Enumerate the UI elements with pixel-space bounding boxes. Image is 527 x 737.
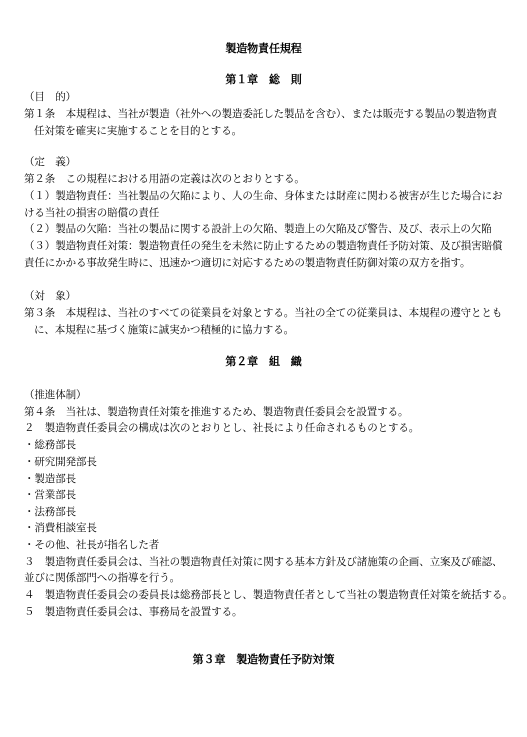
article-4-line-1: 第４条 当社は、製造物責任対策を推進するため、製造物責任委員会を設置する。 xyxy=(24,405,408,419)
article-1-line-2: 任対策を確実に実施することを目的とする。 xyxy=(34,124,242,138)
article-1-caption: （目 的） xyxy=(24,90,76,104)
member-list-item: ・その他、社長が指名した者 xyxy=(24,538,159,552)
article-4-caption: （推進体制） xyxy=(24,388,86,402)
chapter-1-heading: 第１章 総 則 xyxy=(0,73,527,87)
document-page: 製造物責任規程 第１章 総 則 （目 的） 第１条 本規程は、当社が製造（社外へ… xyxy=(0,0,527,737)
article-2-caption: （定 義） xyxy=(24,155,76,169)
chapter-2-heading: 第２章 組 織 xyxy=(0,355,527,369)
article-4-line-4: 並びに関係部門への指導を行う。 xyxy=(24,571,180,585)
member-list-item: ・研究開発部長 xyxy=(24,455,97,469)
document-title: 製造物責任規程 xyxy=(0,42,527,56)
article-4-line-5: ４ 製造物責任委員会の委員長は総務部長とし、製造物責任者として当社の製造物責任対… xyxy=(24,588,513,602)
member-list-item: ・総務部長 xyxy=(24,438,76,452)
article-1-line-1: 第１条 本規程は、当社が製造（社外への製造委託した製品を含む）、または販売する製… xyxy=(24,107,497,121)
member-list-item: ・製造部長 xyxy=(24,472,76,486)
article-2-line-6: 責任にかかる事故発生時に、迅速かつ適切に対応するための製造物責任防御対策の双方を… xyxy=(24,256,470,270)
article-2-line-4: （２）製品の欠陥：当社の製品に関する設計上の欠陥、製造上の欠陥及び警告、及び、表… xyxy=(24,222,492,236)
article-4-line-6: ５ 製造物責任委員会は、事務局を設置する。 xyxy=(24,605,242,619)
chapter-3-heading: 第３章 製造物責任予防対策 xyxy=(0,653,527,667)
article-3-caption: （対 象） xyxy=(24,289,76,303)
article-2-line-3: ける当社の損害の賠償の責任 xyxy=(24,206,159,220)
article-2-line-2: （１）製造物責任：当社製品の欠陥により、人の生命、身体または財産に関わる被害が生… xyxy=(24,189,502,203)
member-list-item: ・営業部長 xyxy=(24,488,76,502)
article-4-line-2: ２ 製造物責任委員会の構成は次のとおりとし、社長により任命されるものとする。 xyxy=(24,421,419,435)
article-2-line-5: （３）製造物責任対策：製造物責任の発生を未然に防止するための製造物責任予防対策、… xyxy=(24,239,502,253)
article-3-line-2: に、本規程に基づく施策に誠実かつ積極的に協力する。 xyxy=(34,323,294,337)
article-3-line-1: 第３条 本規程は、当社のすべての従業員を対象とする。当社の全ての従業員は、本規程… xyxy=(24,306,502,320)
member-list-item: ・法務部長 xyxy=(24,505,76,519)
article-4-line-3: ３ 製造物責任委員会は、当社の製造物責任対策に関する基本方針及び諸施策の企画、立… xyxy=(24,555,502,569)
member-list-item: ・消費相談室長 xyxy=(24,521,97,535)
article-2-line-1: 第２条 この規程における用語の定義は次のとおりとする。 xyxy=(24,172,305,186)
